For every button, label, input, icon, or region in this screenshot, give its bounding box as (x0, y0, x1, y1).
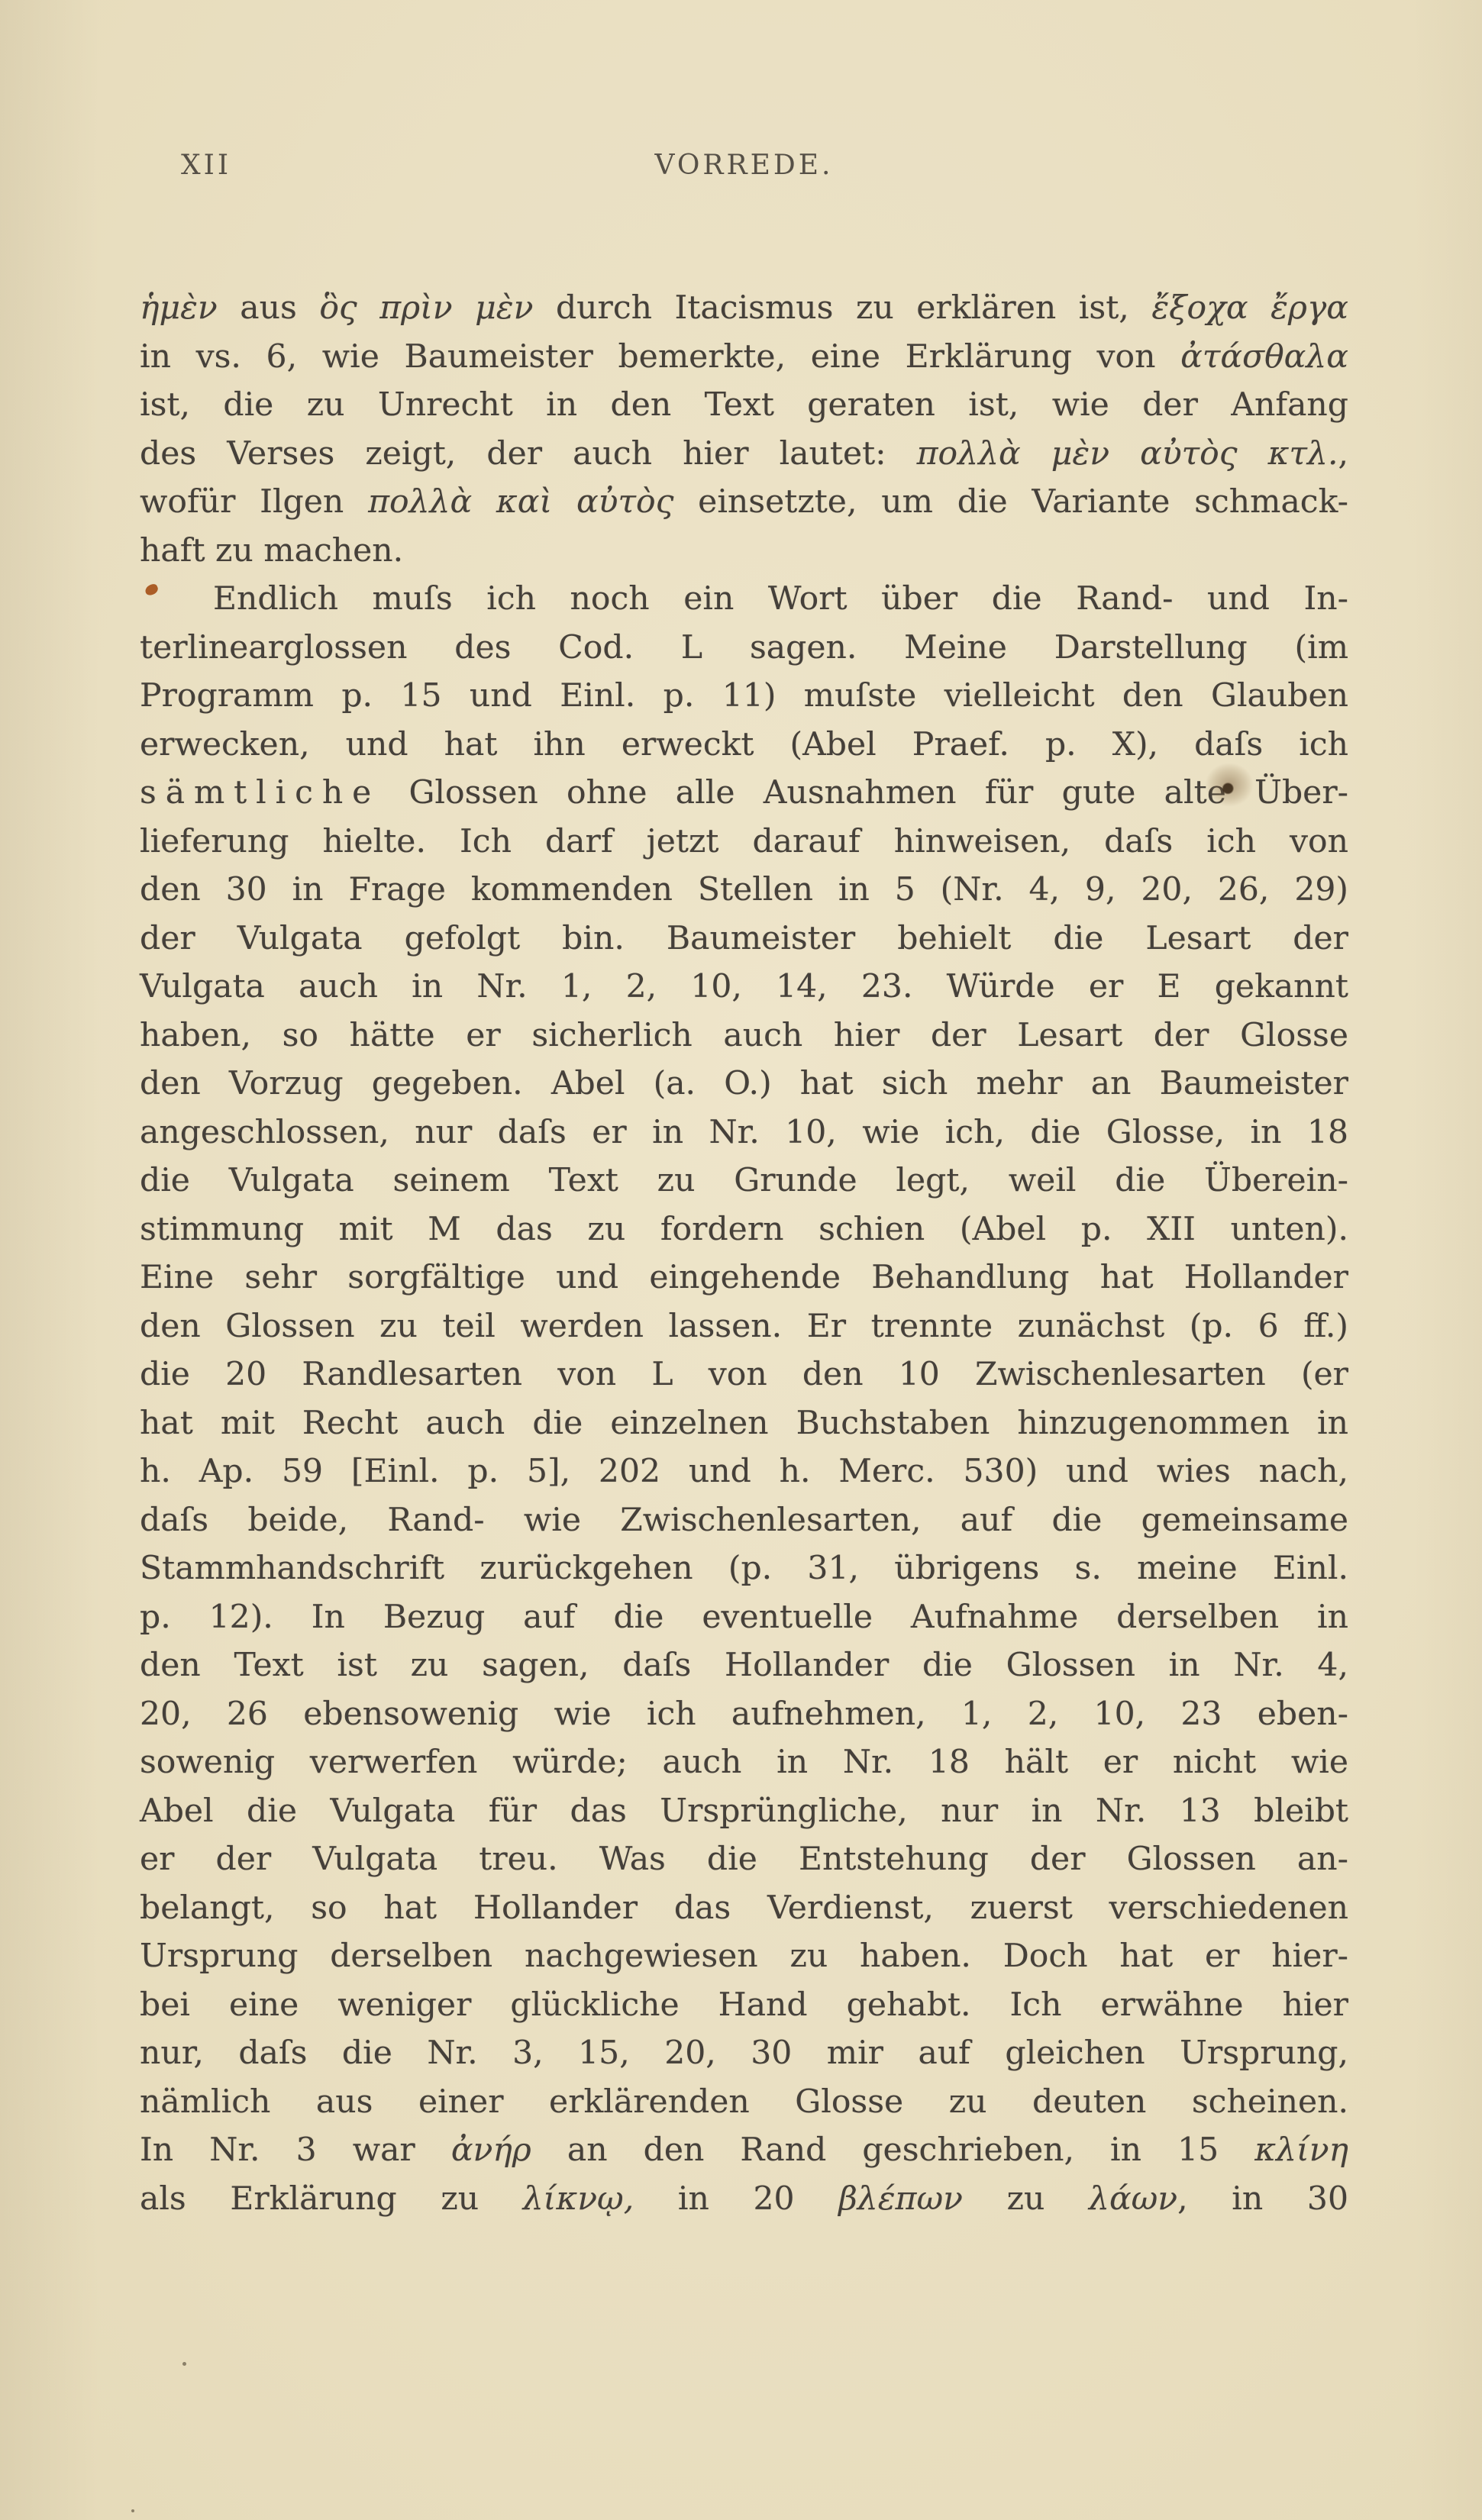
body-text: aus (218, 289, 320, 327)
body-text: haben, so hätte er sicherlich auch hier … (140, 1017, 1348, 1054)
body-text: den Text ist zu sagen, daſs Hollander di… (140, 1647, 1348, 1684)
scanned-book-page: XII VORREDE. ἡμὲν aus ὃς πρὶν μὲν durch … (0, 0, 1482, 2520)
text-line: Eine sehr sorgfältige und eingehende Beh… (140, 1254, 1348, 1302)
text-line: den Glossen zu teil werden lassen. Er tr… (140, 1302, 1348, 1351)
text-line: sowenig verwerfen würde; auch in Nr. 18 … (140, 1738, 1348, 1787)
greek-text: ἡμὲν (140, 289, 218, 327)
text-line: hat mit Recht auch die einzelnen Buchsta… (140, 1399, 1348, 1448)
text-line: erwecken, und hat ihn erweckt (Abel Prae… (140, 721, 1348, 770)
text-line: nur, daſs die Nr. 3, 15, 20, 30 mir auf … (140, 2029, 1348, 2078)
text-line: bei eine weniger glückliche Hand gehabt.… (140, 1981, 1348, 2030)
text-line: den Text ist zu sagen, daſs Hollander di… (140, 1641, 1348, 1690)
text-line: Programm p. 15 und Einl. p. 11) muſste v… (140, 672, 1348, 721)
body-text: des Verses zeigt, der auch hier lautet: (140, 435, 917, 473)
body-text: stimmung mit M das zu fordern schien (Ab… (140, 1211, 1348, 1248)
body-text: p. 12). In Bezug auf die eventuelle Aufn… (140, 1599, 1348, 1636)
text-line: In Nr. 3 war ἀνήρ an den Rand geschriebe… (140, 2126, 1348, 2175)
body-text: durch Itacismus zu erklären ist, (533, 289, 1151, 327)
body-text: bei eine weniger glückliche Hand gehabt.… (140, 1986, 1348, 2024)
body-text: daſs beide, Rand- wie Zwischenlesarten, … (140, 1502, 1348, 1539)
text-line: lieferung hielte. Ich darf jetzt darauf … (140, 818, 1348, 866)
greek-text: ἔξοχα ἔργα (1151, 289, 1348, 327)
text-line: Vulgata auch in Nr. 1, 2, 10, 14, 23. Wü… (140, 963, 1348, 1012)
body-text: an den Rand geschrieben, in 15 (531, 2131, 1254, 2169)
body-text: h. Ap. 59 [Einl. p. 5], 202 und h. Merc.… (140, 1453, 1348, 1490)
body-text: 20, 26 ebensowenig wie ich aufnehmen, 1,… (140, 1696, 1348, 1733)
body-text: lieferung hielte. Ich darf jetzt darauf … (140, 823, 1348, 860)
text-line: Stammhandschrift zurückgehen (p. 31, übr… (140, 1544, 1348, 1593)
text-line: haben, so hätte er sicherlich auch hier … (140, 1012, 1348, 1060)
body-text: in 20 (634, 2180, 838, 2218)
body-text: angeschlossen, nur daſs er in Nr. 10, wi… (140, 1114, 1348, 1151)
paper-speck (182, 2362, 186, 2366)
running-head: XII VORREDE. (140, 150, 1348, 189)
text-line: 20, 26 ebensowenig wie ich aufnehmen, 1,… (140, 1690, 1348, 1739)
body-text: den 30 in Frage kommenden Stellen in 5 (… (140, 871, 1348, 908)
text-line: ist, die zu Unrecht in den Text geraten … (140, 381, 1348, 430)
greek-text: κλίνη (1254, 2131, 1348, 2169)
body-text: wofür Ilgen (140, 483, 368, 521)
body-text: erwecken, und hat ihn erweckt (Abel Prae… (140, 726, 1348, 763)
text-line: Endlich muſs ich noch ein Wort über die … (140, 575, 1348, 624)
body-text: , in 30 (1177, 2180, 1348, 2218)
body-text: Abel die Vulgata für das Ursprüngliche, … (140, 1792, 1348, 1830)
body-text: als Erklärung zu (140, 2180, 523, 2218)
text-line: sämtliche Glossen ohne alle Ausnahmen fü… (140, 769, 1348, 818)
greek-text: ἀτάσθαλα (1180, 338, 1348, 376)
text-line: terlinearglossen des Cod. L sagen. Meine… (140, 624, 1348, 673)
ink-blot (1196, 754, 1263, 815)
text-line: des Verses zeigt, der auch hier lautet: … (140, 430, 1348, 479)
text-line: Ursprung derselben nachgewiesen zu haben… (140, 1932, 1348, 1981)
body-text: die Vulgata seinem Text zu Grunde legt, … (140, 1162, 1348, 1199)
body-text: nur, daſs die Nr. 3, 15, 20, 30 mir auf … (140, 2034, 1348, 2072)
text-line: die Vulgata seinem Text zu Grunde legt, … (140, 1157, 1348, 1205)
body-text: Programm p. 15 und Einl. p. 11) muſste v… (140, 677, 1348, 715)
text-line: angeschlossen, nur daſs er in Nr. 10, wi… (140, 1108, 1348, 1157)
text-line: Abel die Vulgata für das Ursprüngliche, … (140, 1787, 1348, 1836)
greek-text: λίκνῳ, (523, 2180, 634, 2218)
text-line: daſs beide, Rand- wie Zwischenlesarten, … (140, 1496, 1348, 1545)
body-text: er der Vulgata treu. Was die Entstehung … (140, 1841, 1348, 1878)
text-line: der Vulgata gefolgt bin. Baumeister behi… (140, 915, 1348, 963)
text-line: die 20 Randlesarten von L von den 10 Zwi… (140, 1350, 1348, 1399)
greek-text: βλέπων (838, 2180, 963, 2218)
body-text: terlinearglossen des Cod. L sagen. Meine… (140, 629, 1348, 666)
body-text: haft zu machen. (140, 532, 403, 570)
greek-text: πολλὰ μὲν αὐτὸς κτλ. (917, 435, 1338, 473)
body-text: den Vorzug gegeben. Abel (a. O.) hat sic… (140, 1065, 1348, 1102)
text-line: p. 12). In Bezug auf die eventuelle Aufn… (140, 1593, 1348, 1642)
text-line: wofür Ilgen πολλὰ καὶ αὐτὸς einsetzte, u… (140, 478, 1348, 527)
body-text: Ursprung derselben nachgewiesen zu haben… (140, 1938, 1348, 1975)
text-line: belangt, so hat Hollander das Verdienst,… (140, 1884, 1348, 1933)
text-line: er der Vulgata treu. Was die Entstehung … (140, 1835, 1348, 1884)
text-line: nämlich aus einer erklärenden Glosse zu … (140, 2078, 1348, 2127)
body-text: in vs. 6, wie Baumeister bemerkte, eine … (140, 338, 1180, 376)
body-text: Endlich muſs ich noch ein Wort über die … (213, 580, 1348, 618)
body-text-block: ἡμὲν aus ὃς πρὶν μὲν durch Itacismus zu … (140, 284, 1348, 2223)
paper-speck (131, 2509, 134, 2512)
body-text: hat mit Recht auch die einzelnen Buchsta… (140, 1405, 1348, 1442)
body-text: belangt, so hat Hollander das Verdienst,… (140, 1889, 1348, 1927)
body-text: sowenig verwerfen würde; auch in Nr. 18 … (140, 1744, 1348, 1781)
body-text: In Nr. 3 war (140, 2131, 451, 2169)
body-text: zu (963, 2180, 1089, 2218)
text-line: ἡμὲν aus ὃς πρὶν μὲν durch Itacismus zu … (140, 284, 1348, 333)
body-text: Eine sehr sorgfältige und eingehende Beh… (140, 1259, 1348, 1296)
text-line: haft zu machen. (140, 527, 1348, 576)
body-text: der Vulgata gefolgt bin. Baumeister behi… (140, 920, 1348, 957)
text-line: als Erklärung zu λίκνῳ, in 20 βλέπων zu … (140, 2175, 1348, 2224)
running-title: VORREDE. (140, 150, 1348, 181)
body-text: die 20 Randlesarten von L von den 10 Zwi… (140, 1356, 1348, 1393)
body-text: ist, die zu Unrecht in den Text geraten … (140, 386, 1348, 424)
body-text: nämlich aus einer erklärenden Glosse zu … (140, 2083, 1348, 2121)
text-line: in vs. 6, wie Baumeister bemerkte, eine … (140, 333, 1348, 382)
text-line: stimmung mit M das zu fordern schien (Ab… (140, 1205, 1348, 1254)
body-text: sämtliche (140, 774, 380, 811)
body-text: Stammhandschrift zurückgehen (p. 31, übr… (140, 1550, 1348, 1587)
greek-text: λάων (1089, 2180, 1177, 2218)
text-line: h. Ap. 59 [Einl. p. 5], 202 und h. Merc.… (140, 1447, 1348, 1496)
text-line: den 30 in Frage kommenden Stellen in 5 (… (140, 866, 1348, 915)
text-line: den Vorzug gegeben. Abel (a. O.) hat sic… (140, 1060, 1348, 1108)
greek-text: ἀνήρ (451, 2131, 531, 2169)
body-text: , (1338, 435, 1348, 473)
greek-text: ὃς πρὶν μὲν (319, 289, 533, 327)
body-text: einsetzte, um die Variante schmack- (673, 483, 1348, 521)
body-text: den Glossen zu teil werden lassen. Er tr… (140, 1308, 1348, 1345)
greek-text: πολλὰ καὶ αὐτὸς (368, 483, 673, 521)
body-text: Vulgata auch in Nr. 1, 2, 10, 14, 23. Wü… (140, 968, 1348, 1005)
